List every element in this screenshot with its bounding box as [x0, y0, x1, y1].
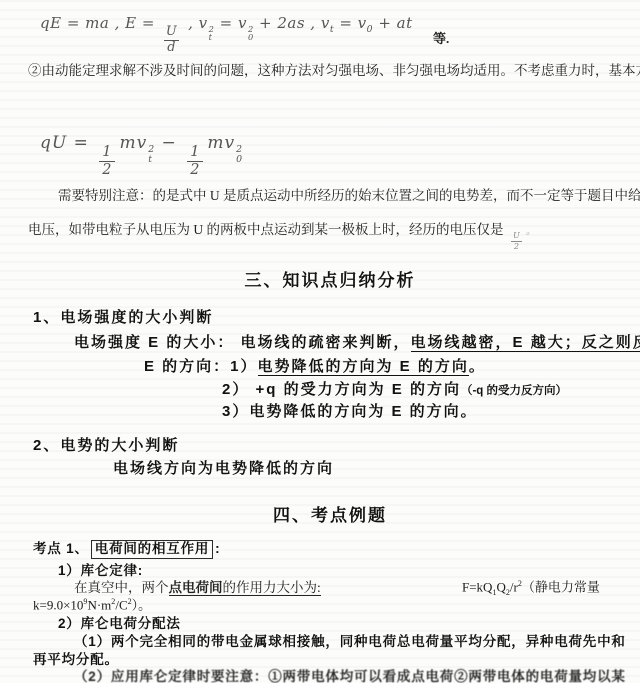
field-strength-size-line: 电场强度 E 的大小： 电场线的疏密来判断，电场线越密，E 越大；反之则反 — [74, 333, 640, 353]
formula-text: 。 — [526, 226, 536, 237]
potential-judgement-title: 2、电势的大小判断 — [33, 436, 179, 456]
coulomb-constant-value: k=9.0×109N·m2/C2）。 — [33, 597, 151, 614]
formula-text: Q — [496, 579, 505, 594]
formula-text: mv — [207, 133, 235, 153]
fraction: 12 — [187, 144, 203, 178]
text-segment: E 的方向：1） — [144, 358, 258, 375]
text-segment: 电场线越密，E 越大；反之则反 — [411, 334, 640, 352]
text-segment: 3）电势降低的方向为 E 的方向。 — [222, 403, 478, 420]
formula-text: mv — [119, 133, 147, 153]
field-direction-rule-3: 3）电势降低的方向为 E 的方向。 — [222, 402, 478, 422]
field-direction-rule-1: E 的方向：1）电势降低的方向为 E 的方向。 — [144, 357, 486, 377]
formula-text: /C — [115, 597, 127, 612]
formula-text: ）。 — [132, 597, 152, 612]
vacuum-force-line: 在真空中，两个点电荷间的作用力大小为: — [74, 579, 321, 597]
text-segment: 电荷间的相互作用 — [91, 540, 213, 559]
fraction: 12 — [99, 144, 115, 178]
potential-judgement-line: 电场线方向为电势降低的方向 — [113, 459, 334, 479]
sup-sub-stack: 20 — [236, 145, 243, 165]
kinematics-formula: qE = ma , E = Ud , v2t = v20 + 2as , vt … — [40, 14, 413, 55]
paragraph-energy-theorem: ②由动能定理求解不涉及时间的问题，这种方法对匀强电场、非匀强电场均适用。不考虑重… — [28, 62, 640, 80]
formula-text: /r — [510, 579, 518, 594]
half-voltage-fraction: U2。 — [507, 226, 536, 237]
formula-text: k=9.0×10 — [33, 597, 83, 612]
coulomb-force-formula: F=kQ1Q2/r2（静电力常量 — [462, 579, 600, 598]
distribution-rule-line-1: （1）两个完全相同的带电金属球相接触，同种电荷总电荷量平均分配，异种电荷先中和 — [74, 633, 626, 651]
text-segment: : — [215, 541, 220, 556]
formula-text: （静电力常量 — [522, 579, 600, 594]
work-energy-formula: qU = 12mv2t − 12mv20 — [40, 132, 243, 178]
text-segment: 电势降低的方向为 E 的方向 — [258, 358, 469, 376]
field-strength-title: 1、电场强度的大小判断 — [33, 308, 213, 328]
formula-text: qU = — [40, 133, 95, 153]
formula-text: = v — [214, 14, 247, 32]
field-direction-rule-2: 2） +q 的受力方向为 E 的方向（-q 的受力反方向） — [222, 380, 567, 400]
formula-text: N·m — [87, 597, 111, 612]
formula-text: + at — [373, 14, 413, 32]
text-segment: 在真空中，两个 — [74, 580, 169, 595]
formula-text: = v — [334, 14, 367, 32]
formula-text: , v — [183, 14, 208, 32]
formula-text: F=kQ — [462, 579, 492, 594]
formula-text: − — [155, 133, 183, 153]
text-segment: 电场强度 E 的大小： 电场线的疏密来判断， — [74, 334, 411, 351]
formula-text: qE = ma , E = — [40, 14, 160, 32]
text-segment: 2） +q 的受力方向为 E 的方向 — [222, 381, 461, 398]
text-segment: 考点 1、 — [33, 541, 89, 556]
application-notes-line: （2）应用库仑定律时要注意：①两带电体均可以看成点电荷②两带电体的电荷量均以某 — [74, 668, 626, 683]
text-segment: （-q 的受力反方向） — [461, 385, 567, 397]
text-segment: 点电荷间 — [169, 580, 223, 596]
note-line-1: 需要特别注意：的是式中 U 是质点运动中所经历的始末位置之间的电势差，而不一定等… — [58, 187, 640, 205]
charge-distribution-title: 2）库仑电荷分配法 — [58, 615, 181, 633]
section4-heading: 四、考点例题 — [30, 501, 630, 526]
note-line-2-text: 电压，如带电粒子从电压为 U 的两板中点运动到某一极板上时，经历的电压仅是 — [28, 222, 504, 237]
coulomb-law-title: 1）库仑定律: — [58, 562, 143, 580]
document-page: qE = ma , E = Ud , v2t = v20 + 2as , vt … — [0, 0, 640, 683]
distribution-rule-line-2: 再平均分配。 — [33, 651, 119, 669]
note-line-2: 电压，如带电粒子从电压为 U 的两板中点运动到某一极板上时，经历的电压仅是 U2… — [28, 221, 536, 251]
section3-heading: 三、知识点归纳分析 — [30, 266, 630, 291]
fraction: Ud — [164, 25, 179, 55]
etc-label: 等. — [433, 31, 449, 48]
fraction: U2 — [511, 231, 522, 251]
formula-text: + 2as , v — [254, 14, 330, 32]
text-segment: 的作用力大小为: — [223, 580, 321, 596]
kaodian1-title: 考点 1、电荷间的相互作用: — [33, 540, 220, 559]
text-segment: 。 — [469, 358, 486, 375]
